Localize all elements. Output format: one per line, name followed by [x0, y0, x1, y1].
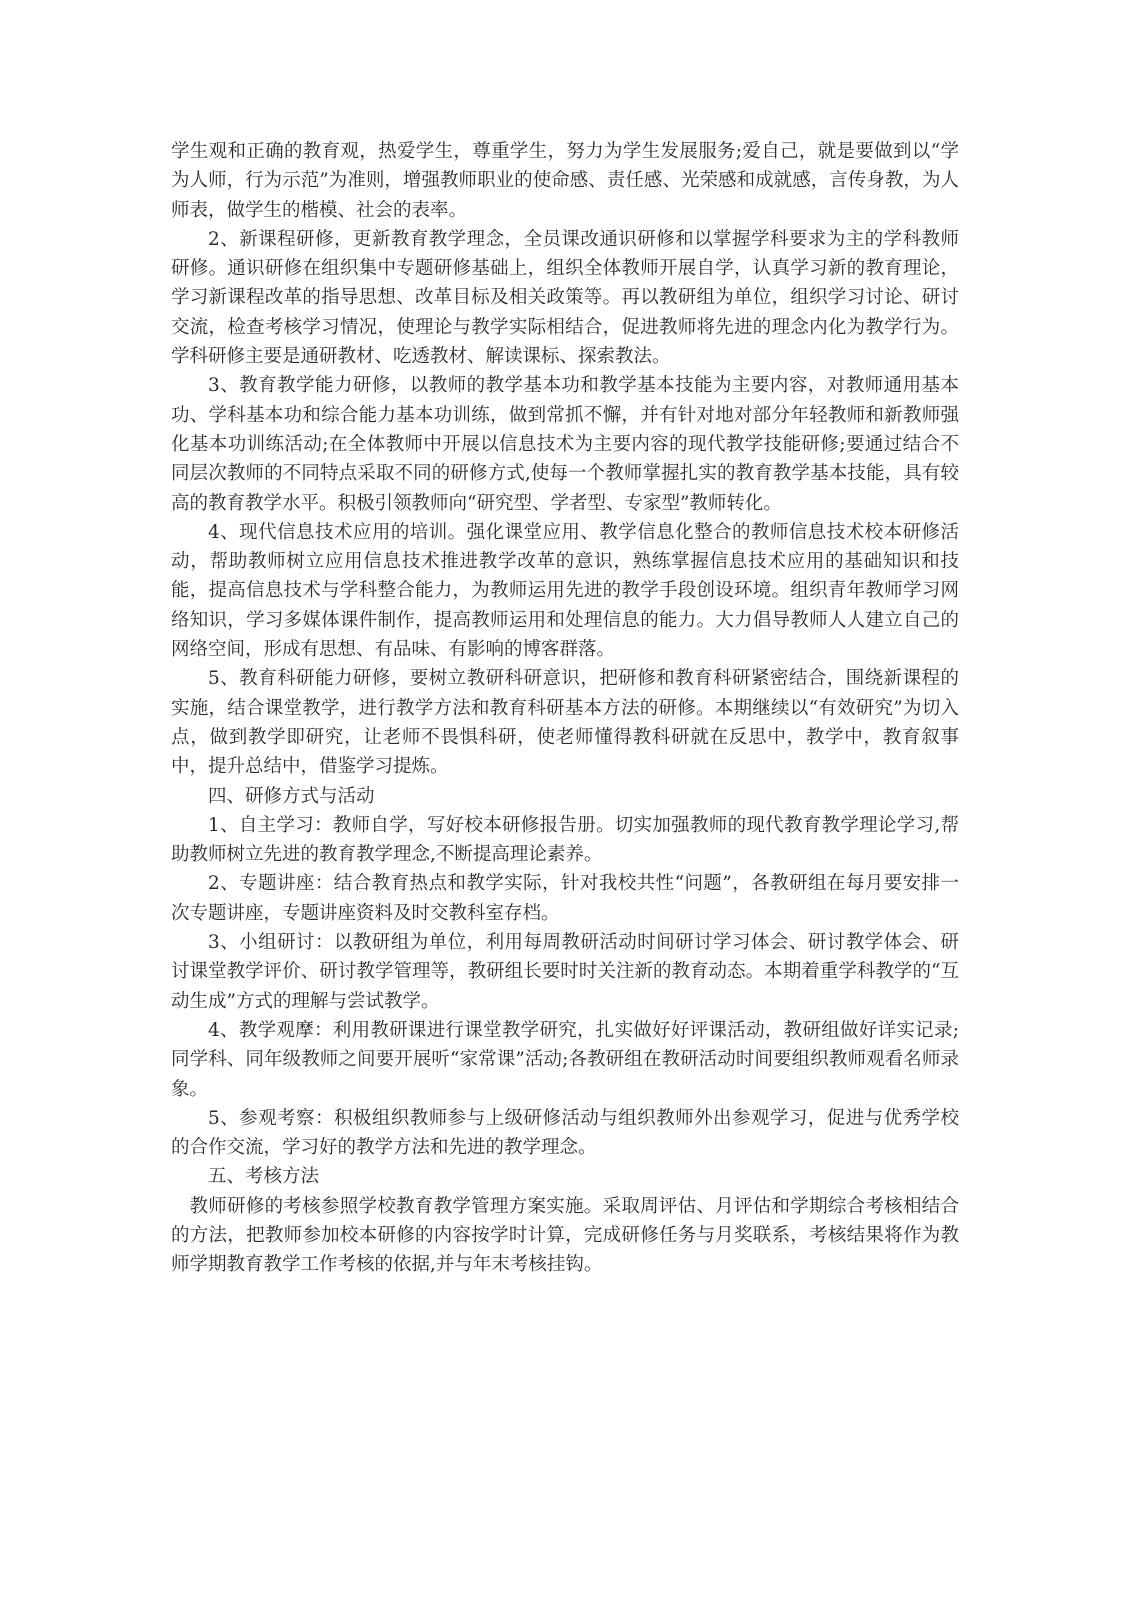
- paragraph-assessment-method: 教师研修的考核参照学校教育教学管理方案实施。采取周评估、月评估和学期综合考核相结…: [171, 1192, 959, 1280]
- paragraph-group-discussion: 3、小组研讨：以教研组为单位，利用每周教研活动时间研讨学习体会、研讨教学体会、研…: [171, 928, 959, 1016]
- document-page: 学生观和正确的教育观，热爱学生，尊重学生，努力为学生发展服务;爱自己，就是要做到…: [171, 137, 959, 1280]
- section-heading-training-methods: 四、研修方式与活动: [171, 782, 959, 811]
- paragraph-new-curriculum-training: 2、新课程研修，更新教育教学理念，全员课改通识研修和以掌握学科要求为主的学科教师…: [171, 225, 959, 371]
- paragraph-visits: 5、参观考察：积极组织教师参与上级研修活动与组织教师外出参观学习，促进与优秀学校…: [171, 1104, 959, 1163]
- section-heading-assessment: 五、考核方法: [171, 1162, 959, 1191]
- paragraph-research-ability-training: 5、教育科研能力研修，要树立教研科研意识，把研修和教育科研紧密结合，围绕新课程的…: [171, 664, 959, 781]
- paragraph-it-application-training: 4、现代信息技术应用的培训。强化课堂应用、教学信息化整合的教师信息技术校本研修活…: [171, 518, 959, 664]
- paragraph-lectures: 2、专题讲座：结合教育热点和教学实际，针对我校共性“问题”，各教研组在每月要安排…: [171, 869, 959, 928]
- paragraph-teacher-ethics-continuation: 学生观和正确的教育观，热爱学生，尊重学生，努力为学生发展服务;爱自己，就是要做到…: [171, 137, 959, 225]
- paragraph-teaching-ability-training: 3、教育教学能力研修，以教师的教学基本功和教学基本技能为主要内容，对教师通用基本…: [171, 371, 959, 517]
- paragraph-teaching-observation: 4、教学观摩：利用教研课进行课堂教学研究，扎实做好好评课活动，教研组做好详实记录…: [171, 1016, 959, 1104]
- paragraph-self-study: 1、自主学习：教师自学，写好校本研修报告册。切实加强教师的现代教育教学理论学习,…: [171, 811, 959, 870]
